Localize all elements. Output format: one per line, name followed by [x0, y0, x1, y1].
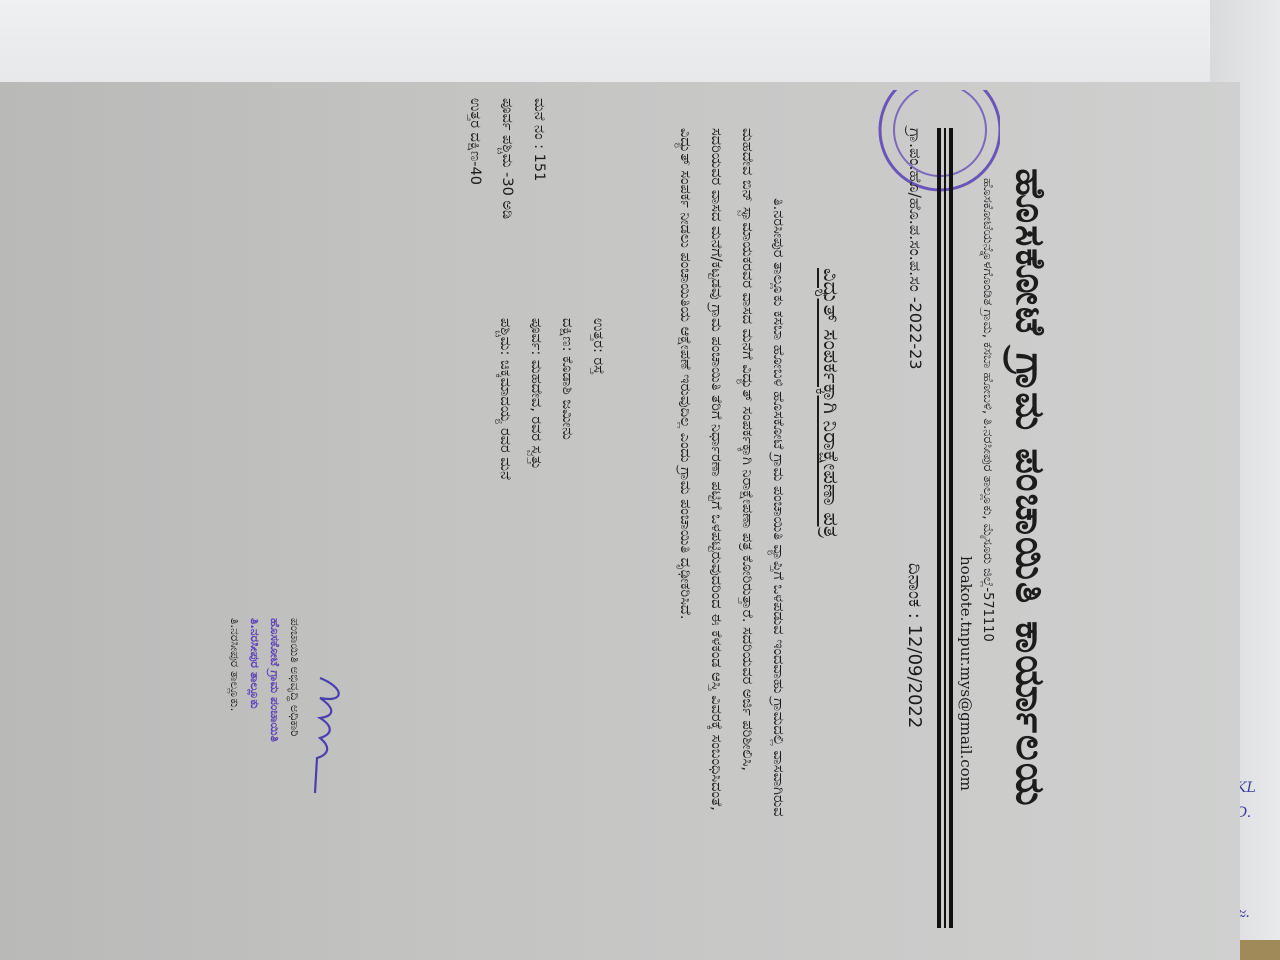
edge-mark-3: ಜ. — [1236, 905, 1276, 921]
office-address: ಹೊಸಕೋಟೆಯನ್ನೊಳಗೊಂಡಿತ ಗ್ರಾಮ, ಕಸಬಾ ಹೋಬಳಿ, ತ… — [980, 178, 995, 642]
header-rule — [949, 128, 953, 928]
boundary-east: ಪೂರ್ವ: ಮಹದೇವ, ರವರ ಸ್ವತ್ತು — [520, 318, 551, 480]
reference-number: ಗ್ರಾ.ಪಂ.ಹೊ/ಹೊ.ಪ.ಸಂ.ಪ.ಸಂ -2022-23 — [905, 128, 925, 370]
boundary-west: ಪಶ್ಚಿಮ: ಚಿಕ್ಕಮಾದಯ್ಯ ರವರ ಮನೆ — [489, 318, 520, 480]
boundary-south: ದಕ್ಷಿಣ: ಕೊಡಾಶಿ ಜಮೀನು — [551, 318, 582, 480]
header-rule — [944, 128, 946, 928]
signatory-taluk: ತಿ.ನರಸೀಪುರ ತಾಲ್ಲೂಕು — [245, 618, 265, 742]
document-page: ಹೊಸಕೋಟೆ ಗ್ರಾಮ ಪಂಚಾಯಿತಿ ಕಾರ್ಯಾಲಯ ಹೊಸಕೋಟೆಯ… — [15, 88, 1075, 948]
north-south-length: ಉತ್ತರ ದಕ್ಷಿಣ-40 — [459, 98, 491, 219]
property-details: ಮನೆ ನಂ : 151 ಪೂರ್ವ ಪಶ್ಚಿಮ -30 ಅಡಿ ಉತ್ತರ … — [459, 98, 555, 219]
boundary-details: ಉತ್ತರ: ರಸ್ತೆ ದಕ್ಷಿಣ: ಕೊಡಾಶಿ ಜಮೀನು ಪೂರ್ವ:… — [489, 318, 613, 480]
signatory-office: ಹೊಸಕೋಟೆ ಗ್ರಾಮ ಪಂಚಾಯಿತಿ — [265, 618, 285, 742]
boundary-north: ಉತ್ತರ: ರಸ್ತೆ — [582, 318, 613, 480]
office-email: hoakote.tnpur.mys@gmail.com — [957, 556, 975, 791]
east-west-length: ಪೂರ್ವ ಪಶ್ಚಿಮ -30 ಅಡಿ — [491, 98, 523, 219]
letter-body: ತಿ.ನರಸೀಪುರ ತಾಲ್ಲೂಕು ಕಸಬಾ ಹೋಬಳಿ ಹೊಸಕೋಟೆ ಗ… — [669, 128, 793, 828]
letter-date: ದಿನಾಂಕ : 12/09/2022 — [904, 563, 925, 728]
signatory-place: ತಿ.ನರಸೀಪುರ ತಾಲ್ಲೂಕು. — [225, 618, 245, 742]
office-heading: ಹೊಸಕೋಟೆ ಗ್ರಾಮ ಪಂಚಾಯಿತಿ ಕಾರ್ಯಾಲಯ — [1007, 138, 1053, 838]
edge-mark-2: D. — [1236, 805, 1276, 821]
date-label: ದಿನಾಂಕ — [904, 563, 925, 607]
date-value: 12/09/2022 — [904, 625, 925, 729]
signatory-block: ಪಂಚಾಯಿತಿ ಅಭಿವೃದ್ಧಿ ಅಧಿಕಾರಿ ಹೊಸಕೋಟೆ ಗ್ರಾಮ… — [225, 618, 305, 742]
background-white-sheet — [0, 0, 1240, 85]
header-rule — [937, 128, 941, 928]
edge-mark-1: KL — [1236, 780, 1276, 796]
house-number: ಮನೆ ನಂ : 151 — [523, 98, 555, 219]
signatory-designation: ಪಂಚಾಯಿತಿ ಅಭಿವೃದ್ಧಿ ಅಧಿಕಾರಿ — [285, 618, 305, 742]
letter-title: ವಿದ್ಯುತ್ ಸಂಪರ್ಕಕ್ಕಾಗಿ ನಿರಾಕ್ಷೇಪಣಾ ಪತ್ರ — [818, 268, 843, 538]
